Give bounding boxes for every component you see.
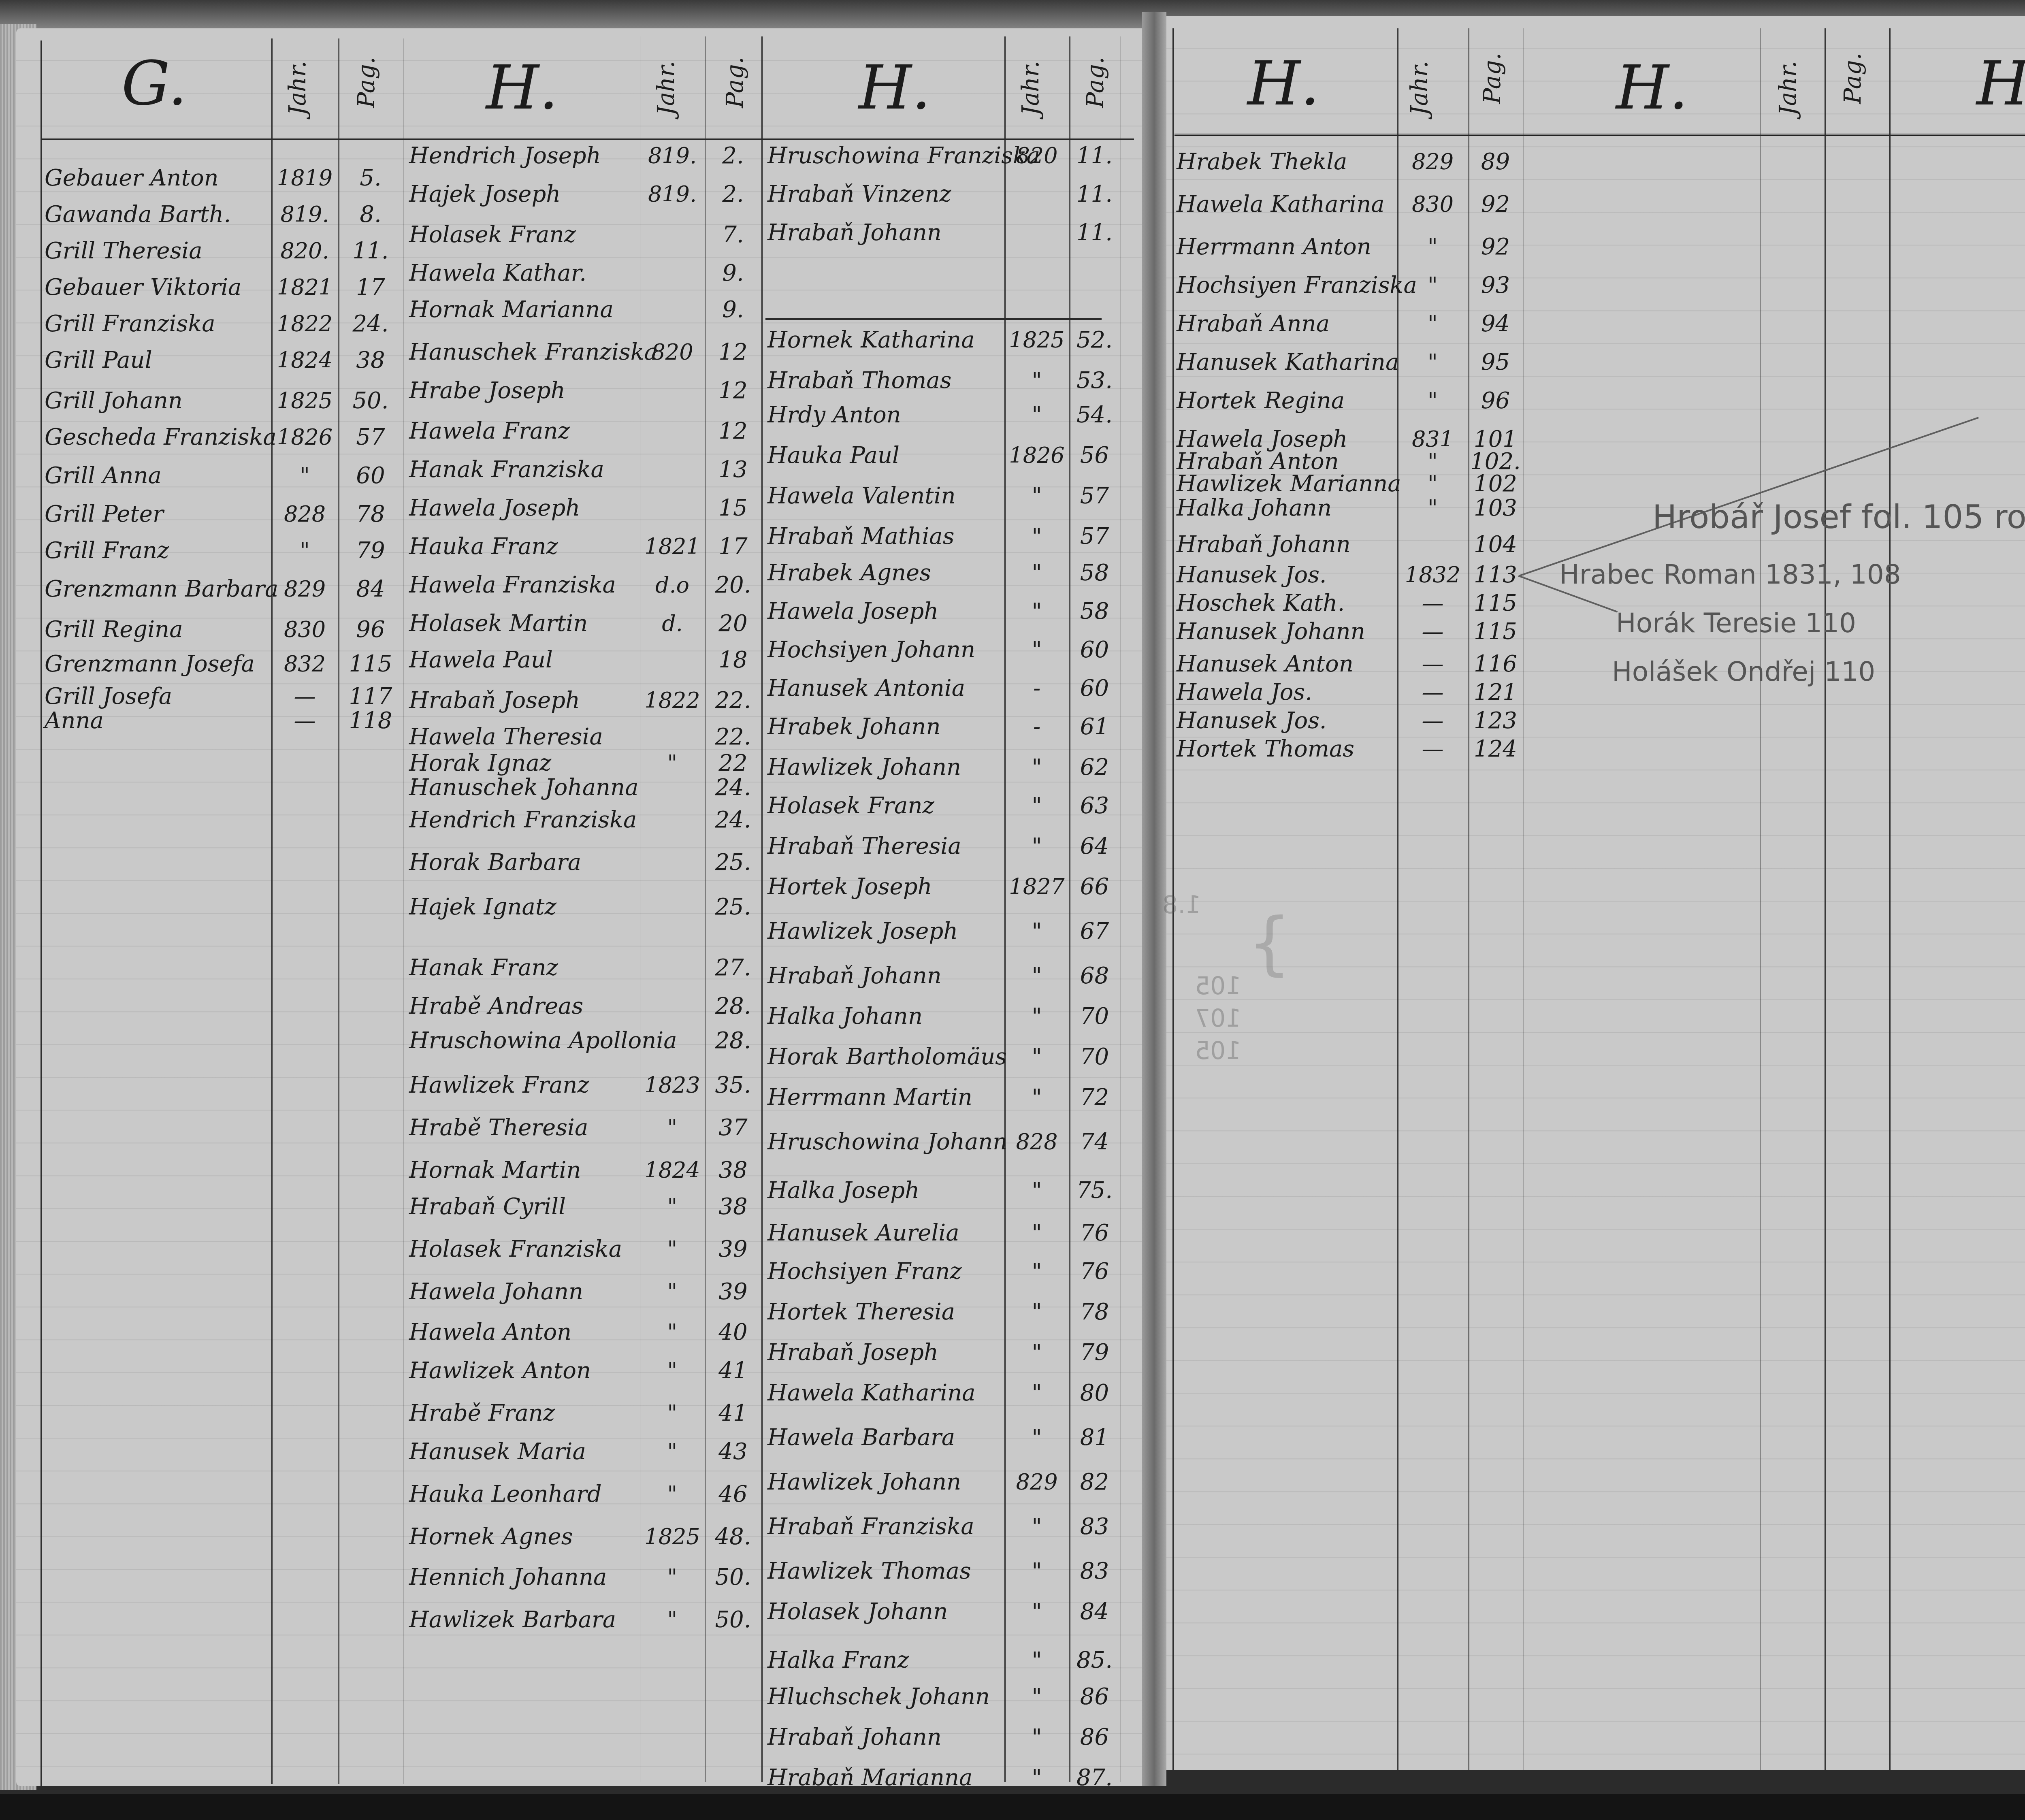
entry-page: 8. xyxy=(338,198,403,231)
entry-year: 1825 xyxy=(1004,324,1069,356)
column-header-page: Pag. xyxy=(1081,57,1109,108)
entry-year: " xyxy=(1004,1596,1069,1628)
entry-name: Hrabě Franz xyxy=(409,1397,640,1430)
entry-name: Hawela Paul xyxy=(409,644,640,676)
entry-page: 78 xyxy=(338,498,403,531)
entry-name: Hrabaň Marianna xyxy=(767,1762,1004,1794)
entry-year: " xyxy=(1004,364,1069,397)
entry-name: Hawlizek Johann xyxy=(767,1466,1004,1498)
entry-page: 12 xyxy=(705,375,761,407)
entry-year xyxy=(640,415,705,448)
entry-page: 40 xyxy=(705,1316,761,1349)
entry-page: 60 xyxy=(1069,672,1120,705)
entry-year xyxy=(640,454,705,486)
entry-name: Hanuschek Johanna xyxy=(409,771,640,804)
entry-name: Hawela Joseph xyxy=(767,595,1004,628)
entry-name: Hanuschek Franziska xyxy=(409,336,640,369)
entry-name: Hrabaň Cyrill xyxy=(409,1191,640,1223)
entry-year: 828 xyxy=(1004,1126,1069,1158)
entry-page: 41 xyxy=(705,1397,761,1430)
entry-year xyxy=(640,294,705,326)
column-header-year: Jahr. xyxy=(1774,61,1801,115)
entry-name: Hauka Paul xyxy=(767,439,1004,472)
entry-year xyxy=(640,771,705,804)
bleed-through-text: 105 xyxy=(1195,1037,1241,1065)
entry-name: Hawela Joseph xyxy=(409,492,640,524)
rule xyxy=(1120,36,1121,1782)
entry-year: 819. xyxy=(640,140,705,172)
entry-year: " xyxy=(1004,1511,1069,1543)
entry-page: 103 xyxy=(1468,492,1523,524)
entry-page: 5. xyxy=(338,162,403,194)
entry-page: 124 xyxy=(1468,733,1523,765)
entry-page: 53. xyxy=(1069,364,1120,397)
entry-name: Hrabaň Johann xyxy=(767,1721,1004,1754)
entry-year: " xyxy=(1004,520,1069,553)
entry-name: Halka Franz xyxy=(767,1644,1004,1677)
entry-page: 63 xyxy=(1069,790,1120,822)
entry-page: 28. xyxy=(705,990,761,1023)
entry-page: 22. xyxy=(705,684,761,717)
entry-year: " xyxy=(1397,231,1468,263)
entry-page: 52. xyxy=(1069,324,1120,356)
entry-page: 58 xyxy=(1069,557,1120,589)
column-header-page: Pag. xyxy=(1839,53,1866,104)
entry-year: " xyxy=(1004,1217,1069,1249)
entry-name: Hawela Franziska xyxy=(409,569,640,601)
entry-year: " xyxy=(640,1191,705,1223)
entry-name: Halka Joseph xyxy=(767,1174,1004,1207)
entry-page: 24. xyxy=(705,804,761,836)
entry-page: 79 xyxy=(1069,1336,1120,1369)
entry-name: Hanusek Jos. xyxy=(1177,559,1397,591)
entry-year: - xyxy=(1004,711,1069,743)
entry-name: Hawlizek Johann xyxy=(767,751,1004,784)
entry-year xyxy=(640,219,705,251)
entry-page: 93 xyxy=(1468,269,1523,302)
entry-year: " xyxy=(1004,1041,1069,1073)
entry-page: 38 xyxy=(338,344,403,377)
entry-name: Grill Peter xyxy=(45,498,271,531)
entry-year: d.o xyxy=(640,569,705,601)
entry-year: — xyxy=(1397,587,1468,620)
column-header-year: Jahr. xyxy=(652,61,680,115)
entry-year: " xyxy=(640,1561,705,1594)
entry-page: 17 xyxy=(705,531,761,563)
entry-name: Hanusek Maria xyxy=(409,1436,640,1468)
entry-page: 64 xyxy=(1069,830,1120,863)
entry-year: " xyxy=(640,1233,705,1266)
entry-year: " xyxy=(640,1478,705,1511)
entry-year: 1824 xyxy=(271,344,338,377)
scan-bottom-shadow xyxy=(0,1794,2025,1820)
entry-name: Horak Barbara xyxy=(409,846,640,879)
entry-year: " xyxy=(1004,830,1069,863)
entry-year: 829 xyxy=(1004,1466,1069,1498)
entry-name: Hrabaň Vinzenz xyxy=(767,178,1004,211)
entry-name: Hawela Katharina xyxy=(1177,188,1397,221)
entry-name: Hochsiyen Franziska xyxy=(1177,269,1397,302)
entry-page: 18 xyxy=(705,644,761,676)
entry-page: 72 xyxy=(1069,1081,1120,1114)
entry-year: " xyxy=(1004,1081,1069,1114)
entry-page: 38 xyxy=(705,1154,761,1187)
entry-year: 1821 xyxy=(640,531,705,563)
entry-year xyxy=(640,375,705,407)
entry-year: 1822 xyxy=(271,308,338,340)
entry-name: Hrabaň Johann xyxy=(767,217,1004,249)
entry-year xyxy=(640,644,705,676)
entry-name: Hrabek Agnes xyxy=(767,557,1004,589)
entry-year xyxy=(640,804,705,836)
entry-year: " xyxy=(1004,915,1069,948)
header-rule-right xyxy=(1174,134,2025,136)
entry-year: " xyxy=(1004,751,1069,784)
entry-year xyxy=(640,257,705,290)
entry-name: Hrabe Joseph xyxy=(409,375,640,407)
rule xyxy=(1523,28,1524,1770)
entry-page: 92 xyxy=(1468,188,1523,221)
entry-name: Hajek Ignatz xyxy=(409,891,640,923)
entry-name: Hanusek Katharina xyxy=(1177,346,1397,379)
entry-page: 28. xyxy=(705,1025,761,1057)
entry-name: Hrabě Theresia xyxy=(409,1112,640,1144)
entry-name: Hornak Marianna xyxy=(409,294,640,326)
entry-page: 89 xyxy=(1468,146,1523,178)
entry-year: " xyxy=(1397,385,1468,417)
entry-name: Hawela Katharina xyxy=(767,1377,1004,1409)
entry-name: Grenzmann Barbara xyxy=(45,573,271,605)
entry-name: Hruschowina Apollonia xyxy=(409,1025,640,1057)
entry-page: 116 xyxy=(1468,648,1523,680)
entry-page: 35. xyxy=(705,1069,761,1102)
entry-page: 118 xyxy=(338,705,403,737)
entry-name: Hawlizek Thomas xyxy=(767,1555,1004,1588)
entry-page: 83 xyxy=(1069,1511,1120,1543)
entry-year: 820 xyxy=(1004,140,1069,172)
entry-name: Hrabek Thekla xyxy=(1177,146,1397,178)
entry-name: Hawela Barbara xyxy=(767,1421,1004,1454)
entry-page: 67 xyxy=(1069,915,1120,948)
entry-year: " xyxy=(640,1276,705,1308)
entry-year: 830 xyxy=(271,614,338,646)
entry-name: Holasek Johann xyxy=(767,1596,1004,1628)
entry-year: " xyxy=(1004,399,1069,431)
entry-year: " xyxy=(1004,1000,1069,1033)
rule xyxy=(1760,28,1761,1770)
entry-year: " xyxy=(1004,1421,1069,1454)
entry-year: " xyxy=(1397,308,1468,340)
entry-page: 96 xyxy=(338,614,403,646)
column-header-letter: H. xyxy=(1976,49,2025,119)
entry-year: " xyxy=(271,460,338,492)
entry-page: 70 xyxy=(1069,1041,1120,1073)
entry-name: Hornek Katharina xyxy=(767,324,1004,356)
column-header-year: Jahr. xyxy=(283,61,311,115)
entry-name: Gescheda Franziska xyxy=(45,421,271,454)
entry-page: 17 xyxy=(338,271,403,304)
entry-name: Hochsiyen Johann xyxy=(767,634,1004,666)
rule xyxy=(1825,28,1826,1770)
entry-page: 50. xyxy=(338,385,403,417)
entry-page: 24. xyxy=(338,308,403,340)
entry-name: Hawlizek Barbara xyxy=(409,1604,640,1636)
entry-year: 820 xyxy=(640,336,705,369)
entry-year xyxy=(640,846,705,879)
entry-page: 113 xyxy=(1468,559,1523,591)
entry-page: 79 xyxy=(338,535,403,567)
entry-name: Hawela Kathar. xyxy=(409,257,640,290)
entry-year: " xyxy=(640,1604,705,1636)
entry-name: Herrmann Martin xyxy=(767,1081,1004,1114)
column-header-page: Pag. xyxy=(721,57,748,108)
entry-name: Grill Franziska xyxy=(45,308,271,340)
entry-year: 1823 xyxy=(640,1069,705,1102)
entry-page: 78 xyxy=(1069,1296,1120,1328)
entry-page: 7. xyxy=(705,219,761,251)
entry-name: Herrmann Anton xyxy=(1177,231,1397,263)
entry-name: Grill Theresia xyxy=(45,235,271,267)
entry-year: " xyxy=(1004,1721,1069,1754)
entry-name: Hrabě Andreas xyxy=(409,990,640,1023)
entry-name: Hortek Regina xyxy=(1177,385,1397,417)
entry-year: 1819 xyxy=(271,162,338,194)
entry-name: Hauka Franz xyxy=(409,531,640,563)
entry-page: 94 xyxy=(1468,308,1523,340)
entry-name: Hrabaň Joseph xyxy=(767,1336,1004,1369)
entry-year: 1825 xyxy=(271,385,338,417)
entry-year: 820. xyxy=(271,235,338,267)
entry-name: Hauka Leonhard xyxy=(409,1478,640,1511)
entry-name: Hrabaň Johann xyxy=(767,960,1004,992)
entry-page: 68 xyxy=(1069,960,1120,992)
entry-name: Hawela Anton xyxy=(409,1316,640,1349)
entry-page: 9. xyxy=(705,257,761,290)
entry-name: Hornak Martin xyxy=(409,1154,640,1187)
bleed-through-text: 105 xyxy=(1195,972,1241,1000)
entry-page: 76 xyxy=(1069,1217,1120,1249)
entry-year: " xyxy=(640,1436,705,1468)
entry-year: " xyxy=(1397,346,1468,379)
entry-name: Halka Johann xyxy=(1177,492,1397,524)
entry-name: Hanak Franz xyxy=(409,952,640,984)
entry-page: 115 xyxy=(1468,587,1523,620)
column-header-letter: H. xyxy=(1616,53,1688,123)
entry-page: 50. xyxy=(705,1604,761,1636)
entry-year: " xyxy=(1004,1555,1069,1588)
entry-page: 39 xyxy=(705,1233,761,1266)
entry-page: 39 xyxy=(705,1276,761,1308)
pencil-annotation: Holášek Ondřej 110 xyxy=(1612,656,1875,687)
entry-name: Anna xyxy=(45,705,271,737)
entry-name: Hrabaň Theresia xyxy=(767,830,1004,863)
entry-year: 828 xyxy=(271,498,338,531)
entry-year: " xyxy=(1004,634,1069,666)
entry-year: 819. xyxy=(640,178,705,211)
entry-name: Gebauer Viktoria xyxy=(45,271,271,304)
entry-page: 41 xyxy=(705,1355,761,1387)
entry-page: 123 xyxy=(1468,705,1523,737)
entry-name: Hawlizek Anton xyxy=(409,1355,640,1387)
entry-name: Hawlizek Franz xyxy=(409,1069,640,1102)
entry-page: 12 xyxy=(705,415,761,448)
entry-year xyxy=(640,492,705,524)
entry-name: Hanusek Jos. xyxy=(1177,705,1397,737)
bleed-through-text: 1.8 xyxy=(1162,891,1201,919)
entry-year: " xyxy=(640,1397,705,1430)
entry-page: 25. xyxy=(705,846,761,879)
entry-name: Grill Franz xyxy=(45,535,271,567)
entry-page: 87. xyxy=(1069,1762,1120,1794)
entry-page: 38 xyxy=(705,1191,761,1223)
entry-name: Hrabaň Johann xyxy=(1177,529,1397,561)
entry-year: — xyxy=(1397,676,1468,709)
column-header-year: Jahr. xyxy=(1017,61,1044,115)
entry-page: 62 xyxy=(1069,751,1120,784)
entry-page: 83 xyxy=(1069,1555,1120,1588)
entry-name: Hortek Theresia xyxy=(767,1296,1004,1328)
entry-year: " xyxy=(1004,790,1069,822)
entry-name: Hawlizek Joseph xyxy=(767,915,1004,948)
entry-page: 104 xyxy=(1468,529,1523,561)
entry-year: " xyxy=(1004,1644,1069,1677)
entry-name: Hendrich Joseph xyxy=(409,140,640,172)
entry-name: Grill Regina xyxy=(45,614,271,646)
entry-page: 9. xyxy=(705,294,761,326)
entry-year: " xyxy=(1004,1336,1069,1369)
entry-year: 1821 xyxy=(271,271,338,304)
entry-year: 1827 xyxy=(1004,871,1069,903)
entry-name: Hrabaň Anna xyxy=(1177,308,1397,340)
entry-year: 1832 xyxy=(1397,559,1468,591)
column-header-letter: G. xyxy=(122,49,187,119)
entry-name: Hortek Thomas xyxy=(1177,733,1397,765)
entry-year: - xyxy=(1004,672,1069,705)
entry-page: 74 xyxy=(1069,1126,1120,1158)
entry-year: d. xyxy=(640,607,705,640)
entry-page: 20. xyxy=(705,569,761,601)
entry-page: 80 xyxy=(1069,1377,1120,1409)
entry-page: 96 xyxy=(1468,385,1523,417)
entry-year: " xyxy=(1004,1255,1069,1288)
entry-name: Holasek Franz xyxy=(409,219,640,251)
entry-page: 76 xyxy=(1069,1255,1120,1288)
entry-name: Gebauer Anton xyxy=(45,162,271,194)
entry-name: Hawela Franz xyxy=(409,415,640,448)
entry-year xyxy=(640,952,705,984)
entry-year: " xyxy=(1004,1681,1069,1713)
rule xyxy=(40,40,42,1786)
entry-year: " xyxy=(1397,269,1468,302)
entry-page: 50. xyxy=(705,1561,761,1594)
entry-name: Grill Paul xyxy=(45,344,271,377)
column-header-letter: H. xyxy=(486,53,558,123)
column-header-letter: H. xyxy=(859,53,931,123)
pencil-annotation: Horák Teresie 110 xyxy=(1616,607,1856,639)
entry-name: Hanusek Antonia xyxy=(767,672,1004,705)
entry-year xyxy=(1397,529,1468,561)
entry-page: 43 xyxy=(705,1436,761,1468)
entry-name: Hanusek Johann xyxy=(1177,616,1397,648)
entry-year: 1822 xyxy=(640,684,705,717)
entry-year: " xyxy=(640,1355,705,1387)
entry-page: 15 xyxy=(705,492,761,524)
entry-year: " xyxy=(1004,595,1069,628)
entry-year: 1826 xyxy=(1004,439,1069,472)
entry-name: Hoschek Kath. xyxy=(1177,587,1397,620)
entry-page: 46 xyxy=(705,1478,761,1511)
entry-page: 2. xyxy=(705,178,761,211)
entry-year: " xyxy=(1004,960,1069,992)
entry-year: 830 xyxy=(1397,188,1468,221)
entry-page: 86 xyxy=(1069,1721,1120,1754)
entry-page: 37 xyxy=(705,1112,761,1144)
entry-name: Hendrich Franziska xyxy=(409,804,640,836)
pencil-annotation: Hrabec Roman 1831, 108 xyxy=(1559,559,1901,590)
entry-year: " xyxy=(1004,1296,1069,1328)
entry-name: Grill Anna xyxy=(45,460,271,492)
entry-name: Hruschowina Johann xyxy=(767,1126,1004,1158)
entry-name: Hawela Jos. xyxy=(1177,676,1397,709)
entry-year xyxy=(1004,178,1069,211)
entry-year: " xyxy=(1004,1377,1069,1409)
entry-page: 115 xyxy=(338,648,403,680)
entry-page: 61 xyxy=(1069,711,1120,743)
entry-year: " xyxy=(1004,557,1069,589)
rule xyxy=(403,38,404,1784)
entry-name: Grenzmann Josefa xyxy=(45,648,271,680)
entry-page: 24. xyxy=(705,771,761,804)
entry-page: 2. xyxy=(705,140,761,172)
entry-year: " xyxy=(1004,480,1069,512)
entry-page: 70 xyxy=(1069,1000,1120,1033)
column-header-year: Jahr. xyxy=(1405,61,1433,115)
entry-page: 56 xyxy=(1069,439,1120,472)
entry-page: 84 xyxy=(1069,1596,1120,1628)
entry-year: 832 xyxy=(271,648,338,680)
entry-year: " xyxy=(1004,1174,1069,1207)
entry-page: 81 xyxy=(1069,1421,1120,1454)
entry-name: Hrabek Johann xyxy=(767,711,1004,743)
pencil-annotation: Hrobář Josef fol. 105 roku 1831. xyxy=(1652,498,2025,536)
column-header-letter: H. xyxy=(1247,49,1320,119)
entry-year xyxy=(640,990,705,1023)
entry-name: Hortek Joseph xyxy=(767,871,1004,903)
entry-page: 60 xyxy=(338,460,403,492)
entry-year: 819. xyxy=(271,198,338,231)
rule xyxy=(761,36,763,1782)
entry-page: 121 xyxy=(1468,676,1523,709)
entry-year xyxy=(1004,217,1069,249)
entry-name: Hanak Franziska xyxy=(409,454,640,486)
entry-year: 829 xyxy=(271,573,338,605)
entry-page: 27. xyxy=(705,952,761,984)
entry-page: 57 xyxy=(1069,520,1120,553)
entry-name: Hennich Johanna xyxy=(409,1561,640,1594)
section-divider xyxy=(765,318,1102,320)
entry-name: Hanusek Aurelia xyxy=(767,1217,1004,1249)
entry-page: 57 xyxy=(1069,480,1120,512)
column-header-page: Pag. xyxy=(352,57,380,108)
entry-page: 95 xyxy=(1468,346,1523,379)
entry-page: 48. xyxy=(705,1521,761,1553)
entry-year: — xyxy=(1397,616,1468,648)
entry-year: — xyxy=(1397,648,1468,680)
entry-name: Hornek Agnes xyxy=(409,1521,640,1553)
entry-name: Hrabaň Mathias xyxy=(767,520,1004,553)
entry-name: Horak Bartholomäus xyxy=(767,1041,1004,1073)
entry-year: — xyxy=(1397,705,1468,737)
